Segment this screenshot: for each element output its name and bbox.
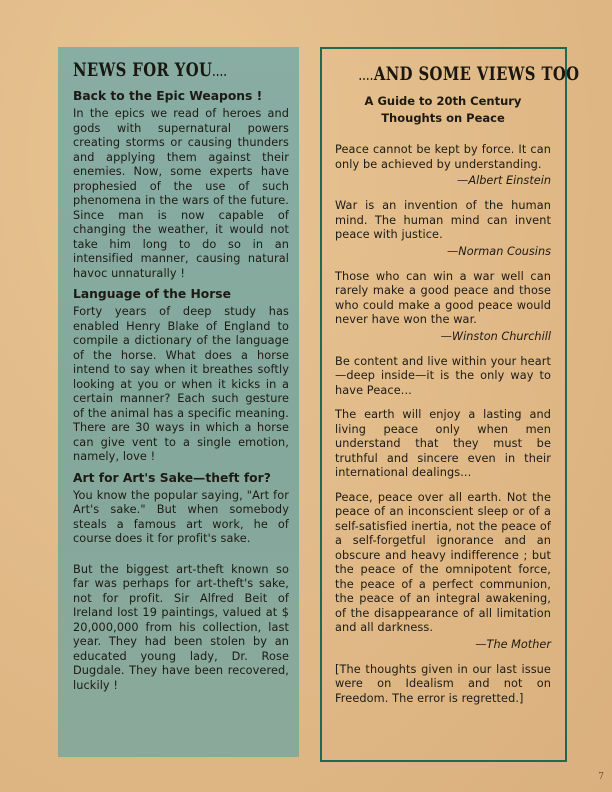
quote-author: —The Mother (335, 638, 551, 651)
quote-text: War is an invention of the human mind. T… (335, 199, 551, 243)
article-paragraph: You know the popular saying, "Art for Ar… (73, 489, 289, 547)
news-masthead-text: NEWS FOR YOU (73, 59, 212, 81)
article-language-horse: Language of the Horse Forty years of dee… (73, 287, 289, 465)
views-subhead: A Guide to 20th Century Thoughts on Peac… (335, 93, 551, 127)
article-epic-weapons: Back to the Epic Weapons ! In the epics … (73, 89, 289, 281)
quote-cousins: War is an invention of the human mind. T… (335, 199, 551, 258)
quote-author: —Norman Cousins (335, 245, 551, 258)
views-masthead-text: AND SOME VIEWS TOO (374, 63, 580, 85)
article-paragraph: Forty years of deep study has enabled He… (73, 305, 289, 465)
article-paragraph: But the biggest art-theft known so far w… (73, 563, 289, 694)
quote-text: Peace cannot be kept by force. It can on… (335, 143, 551, 172)
quote-churchill: Those who can win a war well can rarely … (335, 270, 551, 343)
quote-text: Peace, peace over all earth. Not the pea… (335, 491, 551, 636)
quote-einstein: Peace cannot be kept by force. It can on… (335, 143, 551, 187)
quote-text: Those who can win a war well can rarely … (335, 270, 551, 328)
news-for-you-panel: NEWS FOR YOU.... Back to the Epic Weapon… (58, 47, 299, 757)
quote-the-mother: Peace, peace over all earth. Not the pea… (335, 491, 551, 651)
article-headline: Art for Art's Sake—theft for? (73, 471, 289, 485)
article-paragraph: In the epics we read of heroes and gods … (73, 107, 289, 281)
quote-author: —Albert Einstein (335, 174, 551, 187)
article-headline: Language of the Horse (73, 287, 289, 301)
news-masthead: NEWS FOR YOU.... (73, 59, 241, 81)
masthead-dots: .... (359, 70, 374, 83)
quote-author: —Winston Churchill (335, 330, 551, 343)
page-number: 7 (598, 772, 604, 782)
quote-text: The earth will enjoy a lasting and livin… (335, 408, 551, 481)
quote-content-heart: Be content and live within your heart—de… (335, 355, 551, 399)
article-art-theft: Art for Art's Sake—theft for? You know t… (73, 471, 289, 694)
quote-text: Be content and live within your heart—de… (335, 355, 551, 399)
article-headline: Back to the Epic Weapons ! (73, 89, 289, 103)
masthead-dots: .... (212, 66, 227, 79)
quote-earth-peace: The earth will enjoy a lasting and livin… (335, 408, 551, 481)
erratum-note: [The thoughts given in our last issue we… (335, 663, 551, 707)
views-masthead: ....AND SOME VIEWS TOO (359, 63, 527, 85)
views-panel: ....AND SOME VIEWS TOO A Guide to 20th C… (320, 47, 567, 762)
